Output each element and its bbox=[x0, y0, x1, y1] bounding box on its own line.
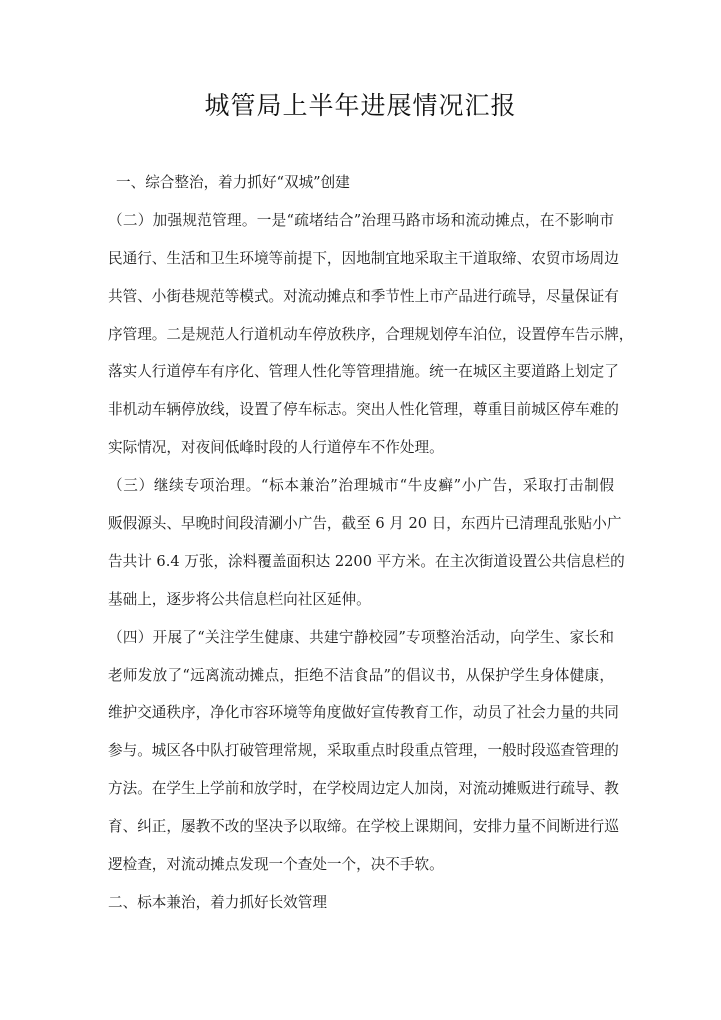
paragraph-line: 共管、小街巷规范等模式。对流动摊点和季节性上市产品进行疏导，尽量保证有 bbox=[108, 278, 614, 316]
paragraph-line: （四）开展了“关注学生健康、共建宁静校园”专项整治活动，向学生、家长和 bbox=[108, 619, 614, 657]
paragraph-special-governance: （三）继续专项治理。“标本兼治”治理城市“牛皮癣”小广告，采取打击制假 贩假源头… bbox=[108, 467, 614, 619]
document-page: 城管局上半年进展情况汇报 一、综合整治，着力抓好“双城”创建 （二）加强规范管理… bbox=[0, 0, 721, 1020]
paragraph-line: 参与。城区各中队打破管理常规，采取重点时段重点管理，一般时段巡查管理的 bbox=[108, 732, 614, 770]
paragraph-line: 实际情况，对夜间低峰时段的人行道停车不作处理。 bbox=[108, 429, 614, 467]
paragraph-strengthen-management: （二）加强规范管理。一是“疏堵结合”治理马路市场和流动摊点，在不影响市 民通行、… bbox=[108, 202, 614, 467]
section-heading-1: 一、综合整治，着力抓好“双城”创建 bbox=[108, 164, 614, 202]
heading-line: 二、标本兼治，着力抓好长效管理 bbox=[108, 884, 614, 922]
paragraph-line: 逻检查，对流动摊点发现一个查处一个，决不手软。 bbox=[108, 846, 614, 884]
paragraph-line: （二）加强规范管理。一是“疏堵结合”治理马路市场和流动摊点，在不影响市 bbox=[108, 202, 614, 240]
paragraph-line: 基础上，逐步将公共信息栏向社区延伸。 bbox=[108, 581, 614, 619]
document-title: 城管局上半年进展情况汇报 bbox=[0, 86, 721, 126]
paragraph-line: 落实人行道停车有序化、管理人性化等管理措施。统一在城区主要道路上划定了 bbox=[108, 353, 614, 391]
paragraph-line: 民通行、生活和卫生环境等前提下，因地制宜地采取主干道取缔、农贸市场周边 bbox=[108, 240, 614, 278]
paragraph-campus-campaign: （四）开展了“关注学生健康、共建宁静校园”专项整治活动，向学生、家长和 老师发放… bbox=[108, 619, 614, 884]
paragraph-line: 方法。在学生上学前和放学时，在学校周边定人加岗，对流动摊贩进行疏导、教 bbox=[108, 770, 614, 808]
paragraph-line: 老师发放了“远离流动摊点，拒绝不洁食品”的倡议书，从保护学生身体健康， bbox=[108, 657, 614, 695]
paragraph-line: 育、纠正，屡教不改的坚决予以取缔。在学校上课期间，安排力量不间断进行巡 bbox=[108, 808, 614, 846]
section-heading-2: 二、标本兼治，着力抓好长效管理 bbox=[108, 884, 614, 922]
paragraph-line: 序管理。二是规范人行道机动车停放秩序，合理规划停车泊位，设置停车告示牌， bbox=[108, 316, 614, 354]
paragraph-line: （三）继续专项治理。“标本兼治”治理城市“牛皮癣”小广告，采取打击制假 bbox=[108, 467, 614, 505]
heading-line: 一、综合整治，着力抓好“双城”创建 bbox=[108, 164, 614, 202]
paragraph-line: 贩假源头、早晚时间段清涮小广告，截至 6 月 20 日，东西片已清理乱张贴小广 bbox=[108, 505, 614, 543]
paragraph-line: 非机动车辆停放线，设置了停车标志。突出人性化管理，尊重目前城区停车难的 bbox=[108, 391, 614, 429]
paragraph-line: 告共计 6.4 万张，涂料覆盖面积达 2200 平方米。在主次街道设置公共信息栏… bbox=[108, 543, 614, 581]
document-body: 一、综合整治，着力抓好“双城”创建 （二）加强规范管理。一是“疏堵结合”治理马路… bbox=[108, 164, 614, 922]
paragraph-line: 维护交通秩序，净化市容环境等角度做好宣传教育工作，动员了社会力量的共同 bbox=[108, 694, 614, 732]
